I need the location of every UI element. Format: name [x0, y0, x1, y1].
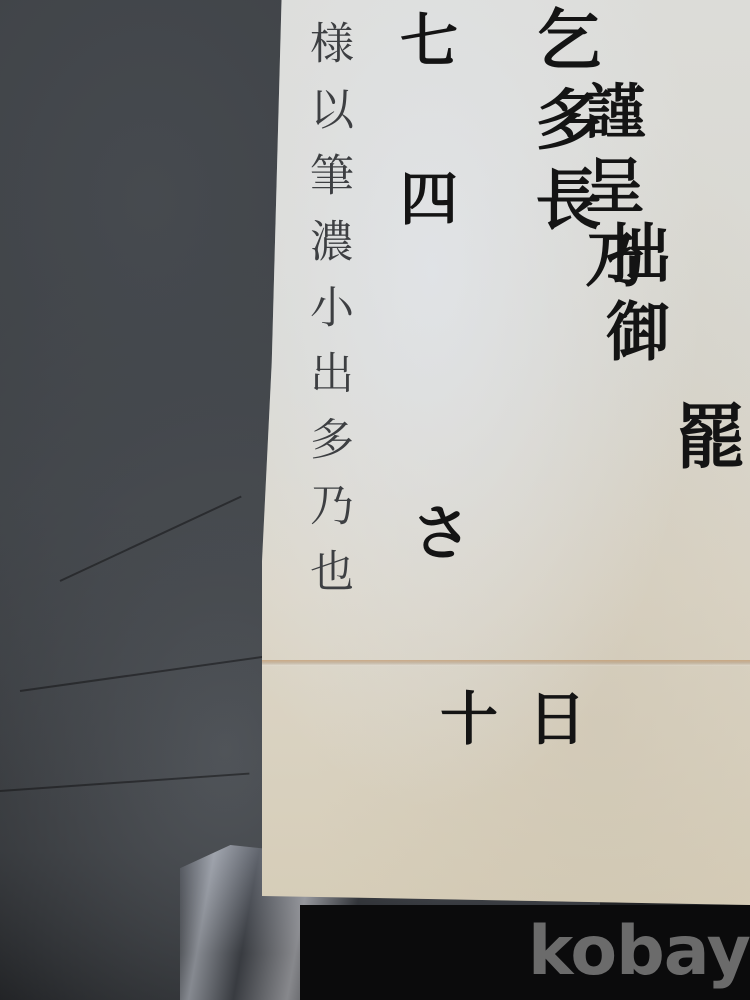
calligraphy-column: 七四 — [395, 10, 453, 326]
calligraphy-column: 十日 — [440, 690, 616, 748]
calligraphy-column: 拙御 — [600, 220, 664, 376]
calligraphy-column: さ — [405, 500, 467, 576]
kobay-watermark: kobay — [528, 918, 750, 986]
paper-fold-line — [262, 660, 750, 666]
calligraphy-signature-column: 様 以 筆 濃 小 出 多 乃 也 — [305, 20, 349, 596]
calligraphy-column: 罷 — [670, 400, 740, 484]
